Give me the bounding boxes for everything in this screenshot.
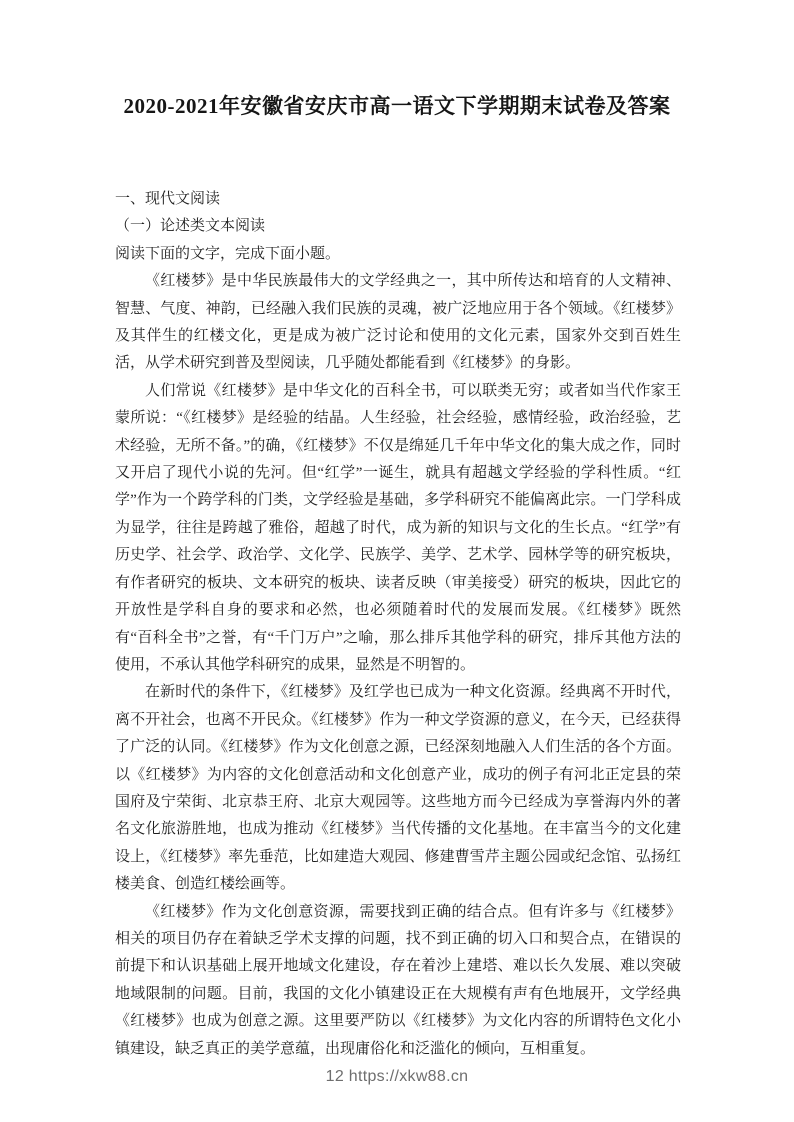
subsection-heading: （一）论述类文本阅读 — [115, 213, 681, 240]
section-heading: 一、现代文阅读 — [115, 186, 681, 213]
instruction-line: 阅读下面的文字，完成下面小题。 — [115, 241, 681, 268]
document-page: 2020-2021年安徽省安庆市高一语文下学期期末试卷及答案 一、现代文阅读 （… — [0, 0, 794, 1122]
essay-paragraph: 在新时代的条件下，《红楼梦》及红学也已成为一种文化资源。经典离不开时代，离不开社… — [115, 679, 681, 898]
page-number-and-source-url: 12 https://xkw88.cn — [0, 1068, 794, 1086]
essay-paragraph: 《红楼梦》是中华民族最伟大的文学经典之一，其中所传达和培育的人文精神、智慧、气度… — [115, 268, 681, 378]
document-body: 一、现代文阅读 （一）论述类文本阅读 阅读下面的文字，完成下面小题。 《红楼梦》… — [115, 186, 681, 1063]
essay-paragraph: 《红楼梦》作为文化创意资源，需要找到正确的结合点。但有许多与《红楼梦》相关的项目… — [115, 899, 681, 1063]
page-title: 2020-2021年安徽省安庆市高一语文下学期期末试卷及答案 — [0, 90, 794, 120]
essay-paragraph: 人们常说《红楼梦》是中华文化的百科全书，可以联类无穷；或者如当代作家王蒙所说：“… — [115, 378, 681, 679]
